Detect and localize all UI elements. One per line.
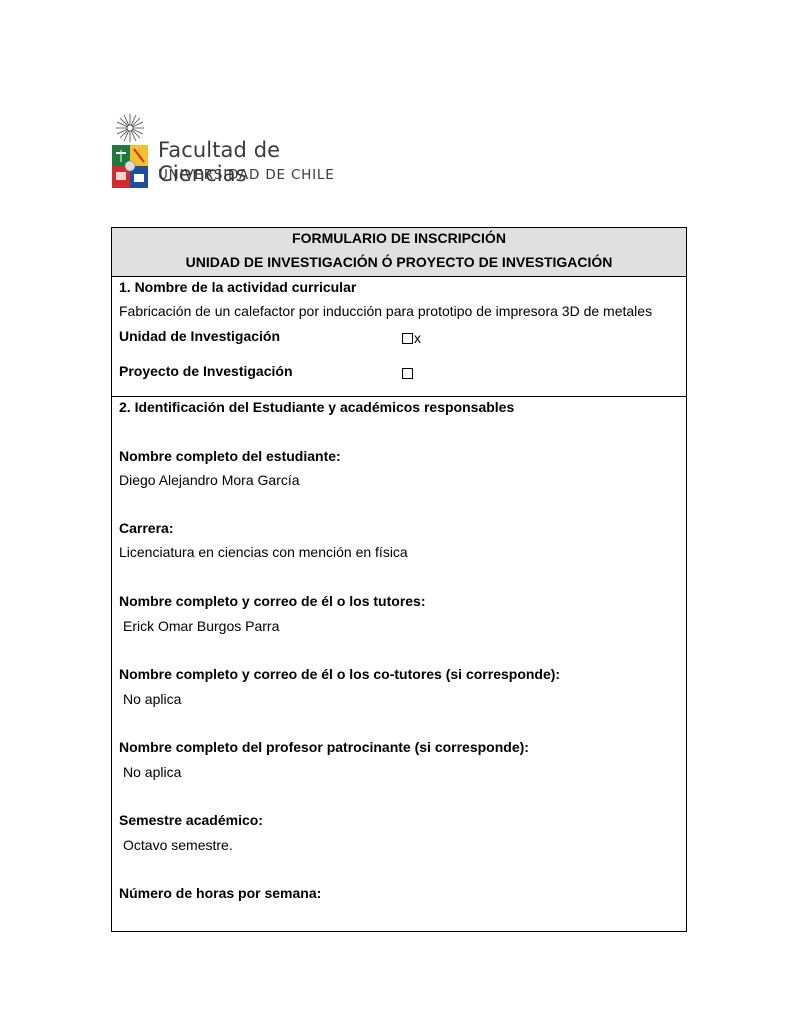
registration-form: FORMULARIO DE INSCRIPCIÓN UNIDAD DE INVE… — [111, 227, 687, 932]
form-header: FORMULARIO DE INSCRIPCIÓN UNIDAD DE INVE… — [112, 228, 686, 277]
field-value-student[interactable]: Diego Alejandro Mora García — [119, 472, 300, 488]
activity-name-value[interactable]: Fabricación de un calefactor por inducci… — [119, 303, 652, 319]
field-value-career[interactable]: Licenciatura en ciencias con mención en … — [119, 544, 408, 560]
option-label-proyecto: Proyecto de Investigación — [119, 363, 293, 379]
field-label-career: Carrera: — [119, 520, 173, 536]
checkbox-proyecto[interactable] — [402, 365, 414, 381]
field-value-tutors[interactable]: Erick Omar Burgos Parra — [123, 618, 279, 634]
university-logo: Facultad de Ciencias UNIVERSIDAD DE CHIL… — [110, 112, 350, 194]
university-name: UNIVERSIDAD DE CHILE — [158, 167, 335, 183]
field-value-cotutors[interactable]: No aplica — [123, 691, 181, 707]
section2-title: 2. Identificación del Estudiante y acadé… — [119, 399, 514, 415]
field-value-sponsor[interactable]: No aplica — [123, 764, 181, 780]
checkbox-mark: x — [414, 330, 421, 346]
field-label-hours: Número de horas por semana: — [119, 885, 321, 901]
section-activity: 1. Nombre de la actividad curricular Fab… — [112, 276, 686, 397]
form-title: FORMULARIO DE INSCRIPCIÓN — [112, 230, 686, 246]
section-identification: 2. Identificación del Estudiante y acadé… — [112, 397, 686, 931]
university-crest-icon — [110, 112, 150, 192]
checkbox-box-icon — [402, 368, 413, 379]
field-value-semester[interactable]: Octavo semestre. — [123, 837, 233, 853]
option-label-unidad: Unidad de Investigación — [119, 328, 280, 344]
checkbox-unidad[interactable]: x — [402, 330, 421, 346]
checkbox-box-icon — [402, 333, 413, 344]
field-label-student: Nombre completo del estudiante: — [119, 448, 341, 464]
field-label-cotutors: Nombre completo y correo de él o los co-… — [119, 666, 560, 682]
field-label-semester: Semestre académico: — [119, 812, 263, 828]
field-label-tutors: Nombre completo y correo de él o los tut… — [119, 593, 426, 609]
section1-title: 1. Nombre de la actividad curricular — [119, 279, 356, 295]
form-subtitle: UNIDAD DE INVESTIGACIÓN Ó PROYECTO DE IN… — [112, 254, 686, 270]
field-label-sponsor: Nombre completo del profesor patrocinant… — [119, 739, 529, 755]
